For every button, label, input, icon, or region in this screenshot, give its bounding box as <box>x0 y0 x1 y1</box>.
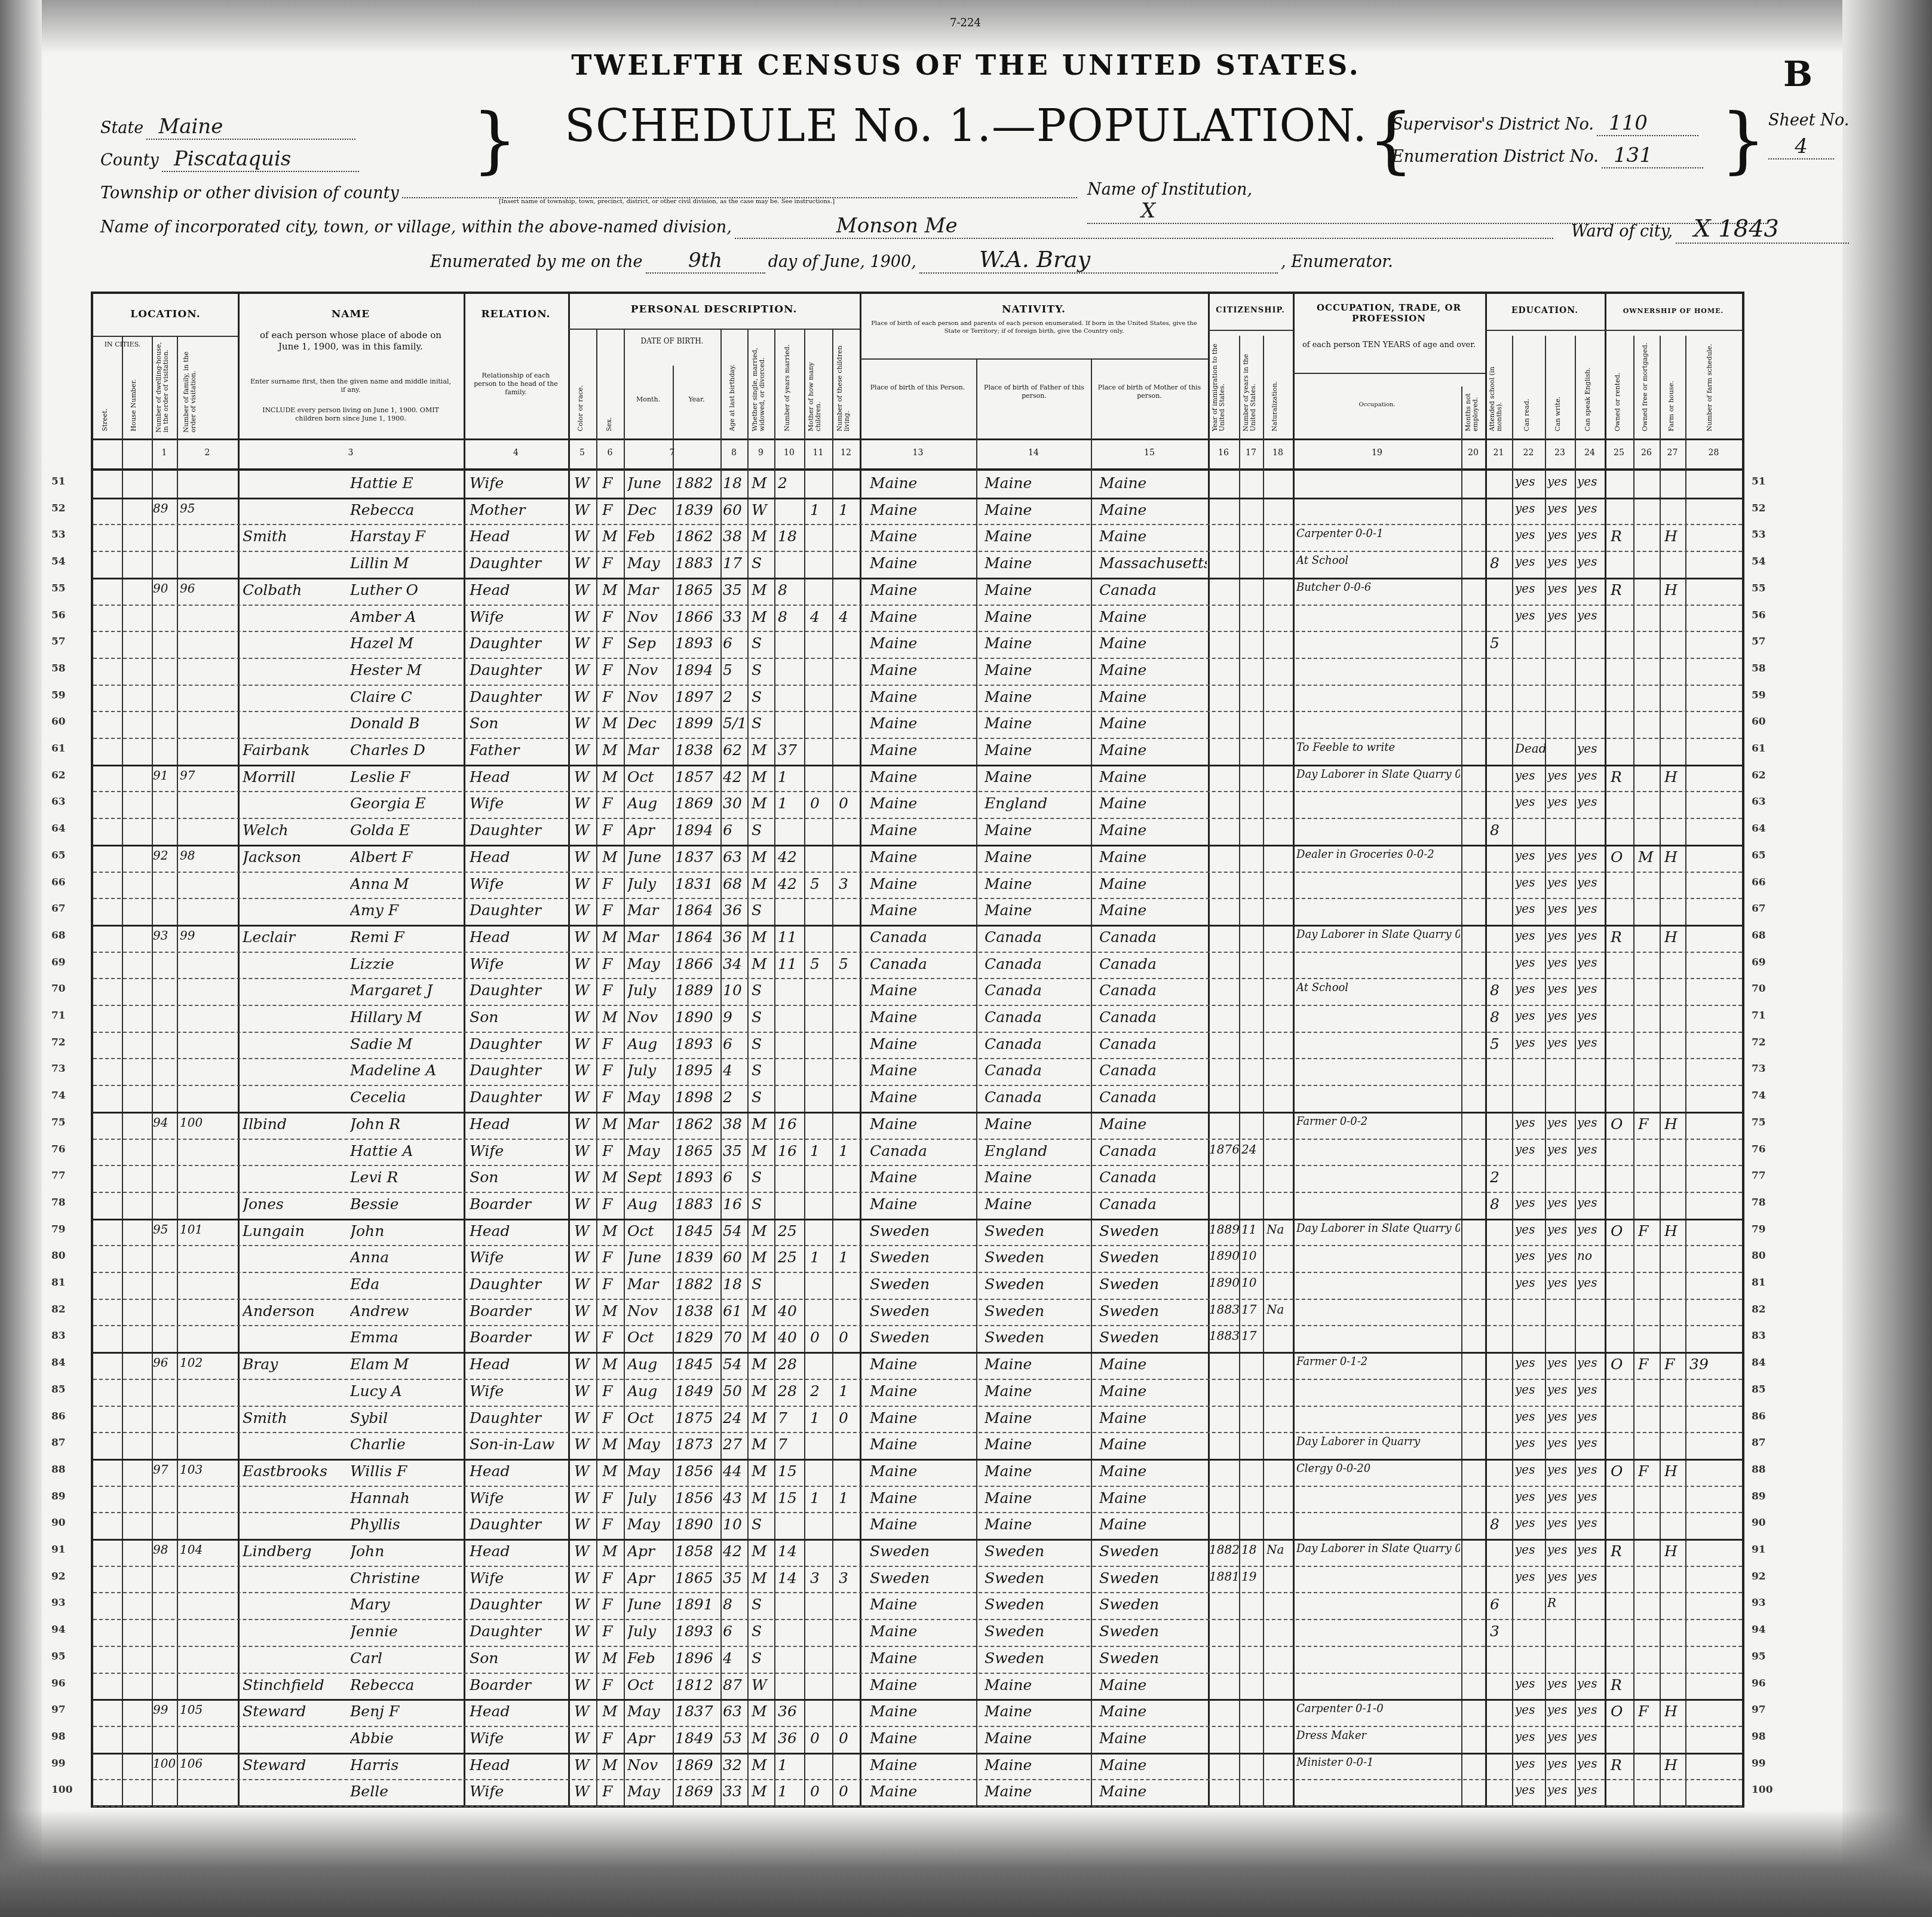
brace-district-close: } <box>1721 105 1766 176</box>
col-num: 17 <box>1239 448 1263 458</box>
line-number-right: 83 <box>1752 1330 1766 1342</box>
sex: M <box>602 848 623 866</box>
birthplace-person: Maine <box>870 474 974 492</box>
col-num: 19 <box>1293 448 1461 458</box>
given-name: Georgia E <box>350 795 461 812</box>
age: 5 <box>723 661 747 679</box>
dwelling-number: 92 <box>153 848 177 863</box>
birthplace-father: Maine <box>985 554 1089 572</box>
line-number-left: 92 <box>51 1571 66 1582</box>
can-speak-english: yes <box>1577 1115 1605 1130</box>
color-race: W <box>574 1703 595 1720</box>
table-row: 55 90 96 Colbath Luther O Head W M Mar 1… <box>93 578 1742 605</box>
header-mother-of: Mother of how many children. <box>808 332 827 431</box>
sex: M <box>602 1462 623 1480</box>
can-read: yes <box>1515 581 1545 596</box>
line-number-left: 60 <box>51 716 66 728</box>
color-race: W <box>574 901 595 919</box>
relation: Boarder <box>470 1302 565 1320</box>
birthplace-mother: Maine <box>1099 875 1207 892</box>
marital-status: M <box>752 955 773 973</box>
line-number-left: 64 <box>51 823 66 835</box>
years-married: 8 <box>778 581 803 599</box>
birth-month: May <box>627 1516 671 1533</box>
birth-year: 1893 <box>675 1035 719 1053</box>
birthplace-person: Maine <box>870 608 974 625</box>
birthplace-person: Sweden <box>870 1302 974 1320</box>
line-number-right: 84 <box>1752 1357 1766 1369</box>
surname: Eastbrooks <box>243 1462 332 1480</box>
color-race: W <box>574 928 595 946</box>
line-number-left: 97 <box>51 1704 66 1716</box>
table-row: 90 Phyllis Daughter W F May 1890 10 S Ma… <box>93 1512 1742 1539</box>
relation: Wife <box>470 1249 565 1266</box>
supervisor-value: 110 <box>1597 111 1698 136</box>
birth-month: June <box>627 1249 671 1266</box>
family-number: 97 <box>180 768 237 783</box>
birthplace-person: Maine <box>870 1462 974 1480</box>
can-read: yes <box>1515 1275 1545 1290</box>
years-married: 36 <box>778 1729 803 1747</box>
birthplace-father: Sweden <box>985 1622 1089 1640</box>
sex: F <box>602 634 623 652</box>
header-sex: Sex. <box>606 401 613 431</box>
sex: F <box>602 1596 623 1613</box>
birth-month: Nov <box>627 1302 671 1320</box>
birth-year: 1890 <box>675 1516 719 1533</box>
birthplace-mother: Maine <box>1099 661 1207 679</box>
header-can-speak-english: Can speak English. <box>1584 348 1591 431</box>
naturalization: Na <box>1266 1542 1292 1557</box>
line-number-left: 65 <box>51 849 66 861</box>
relation: Daughter <box>470 634 565 652</box>
marital-status: M <box>752 474 773 492</box>
age: 30 <box>723 795 747 812</box>
occupation: At School <box>1296 981 1460 994</box>
children-living: 1 <box>839 1249 859 1266</box>
color-race: W <box>574 474 595 492</box>
birth-month: Aug <box>627 1035 671 1053</box>
marital-status: S <box>752 1088 773 1106</box>
county-value: Piscataquis <box>162 147 359 172</box>
birthplace-father: Maine <box>985 1462 1089 1480</box>
farm-or-house: H <box>1664 848 1685 866</box>
sex: M <box>602 928 623 946</box>
occupation: Minister 0-0-1 <box>1296 1756 1460 1769</box>
can-write: yes <box>1547 768 1575 783</box>
line-number-left: 99 <box>51 1757 66 1769</box>
owned-or-rented: O <box>1611 1355 1632 1373</box>
birthplace-mother: Maine <box>1099 1436 1207 1453</box>
can-write: yes <box>1547 1542 1575 1557</box>
given-name: Emma <box>350 1329 461 1346</box>
line-number-right: 64 <box>1752 823 1766 835</box>
age: 27 <box>723 1436 747 1453</box>
can-write: yes <box>1547 1489 1575 1504</box>
age: 6 <box>723 821 747 839</box>
years-married: 15 <box>778 1489 803 1507</box>
supervisor-district-field: Supervisor's District No. 110 <box>1392 111 1698 136</box>
sex: F <box>602 608 623 625</box>
supervisor-label: Supervisor's District No. <box>1392 115 1594 134</box>
relation: Wife <box>470 1142 565 1160</box>
age: 2 <box>723 688 747 706</box>
years-married: 40 <box>778 1302 803 1320</box>
col-num: 25 <box>1605 448 1633 458</box>
birth-year: 1862 <box>675 1115 719 1133</box>
years-married: 1 <box>778 768 803 786</box>
can-read: yes <box>1515 1355 1545 1370</box>
birth-month: Nov <box>627 1756 671 1774</box>
col-num: 20 <box>1461 448 1485 458</box>
children-living: 5 <box>839 955 859 973</box>
age: 54 <box>723 1355 747 1373</box>
occupation: Day Laborer in Slate Quarry 0-0-2 <box>1296 1222 1460 1235</box>
color-race: W <box>574 1008 595 1026</box>
birthplace-person: Maine <box>870 901 974 919</box>
age: 24 <box>723 1409 747 1427</box>
owned-free-mortgaged: M <box>1638 848 1658 866</box>
can-write: yes <box>1547 955 1575 970</box>
can-write: yes <box>1547 1008 1575 1023</box>
year-immigration: 1881 <box>1209 1569 1239 1584</box>
line-number-right: 62 <box>1752 769 1766 781</box>
can-read: yes <box>1515 554 1545 569</box>
mother-of-children: 1 <box>810 501 831 519</box>
table-row: 70 Margaret J Daughter W F July 1889 10 … <box>93 978 1742 1005</box>
color-race: W <box>574 1542 595 1560</box>
mother-of-children: 1 <box>810 1249 831 1266</box>
marital-status: S <box>752 821 773 839</box>
marital-status: M <box>752 1409 773 1427</box>
line-number-right: 67 <box>1752 903 1766 915</box>
birth-month: May <box>627 1703 671 1720</box>
city-label: Name of incorporated city, town, or vill… <box>100 218 732 237</box>
birthplace-person: Sweden <box>870 1542 974 1560</box>
owned-or-rented: R <box>1611 768 1632 786</box>
can-write: yes <box>1547 848 1575 863</box>
marital-status: S <box>752 554 773 572</box>
relation: Daughter <box>470 1275 565 1293</box>
sex: M <box>602 1436 623 1453</box>
owned-free-mortgaged: F <box>1638 1462 1658 1480</box>
age: 6 <box>723 1622 747 1640</box>
header-birth-father: Place of birth of Father of this person. <box>980 384 1088 400</box>
can-speak-english: yes <box>1577 875 1605 890</box>
can-speak-english: yes <box>1577 1462 1605 1477</box>
age: 35 <box>723 1569 747 1587</box>
header-name-note2: INCLUDE every person living on June 1, 1… <box>250 406 452 423</box>
sex: F <box>602 554 623 572</box>
attended-school: 6 <box>1490 1596 1511 1613</box>
birthplace-father: Canada <box>985 981 1089 999</box>
can-write: yes <box>1547 1382 1575 1397</box>
color-race: W <box>574 1355 595 1373</box>
header-in-cities: IN CITIES. <box>93 341 152 349</box>
col-num: 9 <box>747 448 774 458</box>
birth-year: 1875 <box>675 1409 719 1427</box>
table-row: 96 Stinchfield Rebecca Boarder W F Oct 1… <box>93 1673 1742 1700</box>
line-number-left: 82 <box>51 1303 66 1315</box>
years-married: 37 <box>778 741 803 759</box>
given-name: Benj F <box>350 1703 461 1720</box>
birth-year: 1838 <box>675 741 719 759</box>
dwelling-number: 95 <box>153 1222 177 1237</box>
birth-year: 1894 <box>675 821 719 839</box>
line-number-left: 100 <box>51 1784 73 1796</box>
children-living: 3 <box>839 875 859 892</box>
color-race: W <box>574 1035 595 1053</box>
col-num: 6 <box>596 448 624 458</box>
can-speak-english: yes <box>1577 1035 1605 1050</box>
farm-or-house: H <box>1664 1222 1685 1240</box>
family-number: 105 <box>180 1703 237 1717</box>
age: 63 <box>723 1703 747 1720</box>
birthplace-mother: Maine <box>1099 527 1207 545</box>
surname: Morrill <box>243 768 332 786</box>
can-write: R <box>1547 1596 1575 1610</box>
birth-month: May <box>627 1462 671 1480</box>
birthplace-mother: Maine <box>1099 501 1207 519</box>
birthplace-father: Maine <box>985 714 1089 732</box>
can-read: yes <box>1515 1035 1545 1050</box>
line-number-right: 86 <box>1752 1410 1766 1422</box>
birthplace-person: Sweden <box>870 1249 974 1266</box>
birthplace-father: Maine <box>985 1168 1089 1186</box>
given-name: Christine <box>350 1569 461 1587</box>
col-num: 8 <box>720 448 747 458</box>
line-number-right: 57 <box>1752 636 1766 648</box>
can-speak-english: yes <box>1577 1382 1605 1397</box>
birthplace-person: Maine <box>870 1088 974 1106</box>
birth-month: Nov <box>627 661 671 679</box>
mother-of-children: 3 <box>810 1569 831 1587</box>
given-name: Hazel M <box>350 634 461 652</box>
marital-status: M <box>752 875 773 892</box>
sex: F <box>602 1275 623 1293</box>
birthplace-person: Maine <box>870 741 974 759</box>
birth-month: May <box>627 955 671 973</box>
birthplace-father: Maine <box>985 608 1089 625</box>
enumeration-value: 131 <box>1602 143 1703 168</box>
sex: M <box>602 768 623 786</box>
line-number-left: 53 <box>51 529 66 541</box>
relation: Boarder <box>470 1329 565 1346</box>
col-num: 2 <box>177 448 238 458</box>
relation: Daughter <box>470 1035 565 1053</box>
birth-month: Nov <box>627 1008 671 1026</box>
birth-month: June <box>627 848 671 866</box>
given-name: Lillin M <box>350 554 461 572</box>
age: 36 <box>723 901 747 919</box>
age: 33 <box>723 1783 747 1800</box>
owned-free-mortgaged: F <box>1638 1355 1658 1373</box>
age: 60 <box>723 1249 747 1266</box>
scan-shadow-left <box>0 0 42 1917</box>
enumeration-label: Enumeration District No. <box>1392 148 1599 166</box>
line-number-left: 62 <box>51 769 66 781</box>
color-race: W <box>574 1115 595 1133</box>
birth-year: 1896 <box>675 1649 719 1667</box>
birthplace-person: Maine <box>870 1596 974 1613</box>
years-married: 7 <box>778 1409 803 1427</box>
marital-status: S <box>752 688 773 706</box>
marital-status: M <box>752 1355 773 1373</box>
birthplace-person: Maine <box>870 527 974 545</box>
state-field: State Maine <box>100 115 355 140</box>
age: 10 <box>723 1516 747 1533</box>
can-speak-english: yes <box>1577 1489 1605 1504</box>
can-write: yes <box>1547 1462 1575 1477</box>
given-name: Luther O <box>350 581 461 599</box>
marital-status: S <box>752 901 773 919</box>
marital-status: M <box>752 1756 773 1774</box>
birthplace-father: Canada <box>985 955 1089 973</box>
sex: M <box>602 1542 623 1560</box>
birth-year: 1883 <box>675 554 719 572</box>
township-note: [Insert name of township, town, precinct… <box>499 198 835 205</box>
birthplace-person: Maine <box>870 1355 974 1373</box>
table-row: 60 Donald B Son W M Dec 1899 5/12 S Main… <box>93 711 1742 738</box>
birthplace-mother: Maine <box>1099 634 1207 652</box>
table-row: 93 Mary Daughter W F June 1891 8 S Maine… <box>93 1592 1742 1619</box>
birthplace-person: Maine <box>870 875 974 892</box>
mother-of-children: 2 <box>810 1382 831 1400</box>
sex: M <box>602 527 623 545</box>
header-personal-description: PERSONAL DESCRIPTION. <box>568 303 860 315</box>
given-name: Hester M <box>350 661 461 679</box>
line-number-left: 54 <box>51 556 66 568</box>
birth-month: May <box>627 1142 671 1160</box>
can-speak-english: yes <box>1577 955 1605 970</box>
birthplace-person: Maine <box>870 581 974 599</box>
line-number-left: 87 <box>51 1437 66 1449</box>
surname: Ilbind <box>243 1115 332 1133</box>
line-number-right: 54 <box>1752 556 1766 568</box>
age: 42 <box>723 768 747 786</box>
birthplace-mother: Maine <box>1099 1783 1207 1800</box>
table-row: 73 Madeline A Daughter W F July 1895 4 S… <box>93 1058 1742 1085</box>
marital-status: S <box>752 634 773 652</box>
col-num: 5 <box>568 448 596 458</box>
marital-status: M <box>752 1382 773 1400</box>
birth-month: July <box>627 1489 671 1507</box>
years-in-us: 11 <box>1241 1222 1263 1237</box>
family-number: 104 <box>180 1542 237 1557</box>
birthplace-mother: Sweden <box>1099 1542 1207 1560</box>
relation: Head <box>470 1355 565 1373</box>
city-field: Name of incorporated city, town, or vill… <box>100 214 1553 239</box>
color-race: W <box>574 688 595 706</box>
line-number-right: 88 <box>1752 1464 1766 1476</box>
owned-free-mortgaged: F <box>1638 1703 1658 1720</box>
given-name: Amy F <box>350 901 461 919</box>
dwelling-number: 100 <box>153 1756 177 1771</box>
col-num: 4 <box>464 448 568 458</box>
age: 32 <box>723 1756 747 1774</box>
relation: Wife <box>470 1382 565 1400</box>
birth-year: 1894 <box>675 661 719 679</box>
birth-year: 1837 <box>675 848 719 866</box>
birth-month: Oct <box>627 768 671 786</box>
line-number-right: 82 <box>1752 1303 1766 1315</box>
state-value: Maine <box>146 115 355 140</box>
line-number-left: 78 <box>51 1197 66 1209</box>
header-citizenship: CITIZENSHIP. <box>1208 306 1293 315</box>
birthplace-mother: Maine <box>1099 741 1207 759</box>
table-row: 75 94 100 Ilbind John R Head W M Mar 186… <box>93 1112 1742 1139</box>
can-read: yes <box>1515 1142 1545 1157</box>
sex: F <box>602 1783 623 1800</box>
sex: M <box>602 1703 623 1720</box>
birth-year: 1838 <box>675 1302 719 1320</box>
can-speak-english: yes <box>1577 1569 1605 1584</box>
line-number-left: 72 <box>51 1036 66 1048</box>
scan-shadow-right <box>1842 0 1932 1917</box>
years-in-us: 17 <box>1241 1329 1263 1343</box>
color-race: W <box>574 1756 595 1774</box>
mother-of-children: 1 <box>810 1409 831 1427</box>
marital-status: S <box>752 1622 773 1640</box>
relation: Wife <box>470 608 565 625</box>
col-num: 13 <box>860 448 976 458</box>
sex: F <box>602 795 623 812</box>
line-number-right: 63 <box>1752 796 1766 808</box>
birthplace-mother: Sweden <box>1099 1275 1207 1293</box>
birthplace-father: Sweden <box>985 1649 1089 1667</box>
birthplace-person: Maine <box>870 981 974 999</box>
given-name: John <box>350 1542 461 1560</box>
enumerated-suffix: day of June, 1900, <box>768 253 916 271</box>
col-num: 14 <box>976 448 1091 458</box>
marital-status: S <box>752 1195 773 1213</box>
birth-month: Sep <box>627 634 671 652</box>
birthplace-father: Maine <box>985 1115 1089 1133</box>
color-race: W <box>574 1436 595 1453</box>
birthplace-father: Maine <box>985 1382 1089 1400</box>
state-label: State <box>100 119 143 137</box>
can-write: yes <box>1547 928 1575 943</box>
farm-or-house: H <box>1664 1756 1685 1774</box>
can-read: yes <box>1515 928 1545 943</box>
birth-month: Aug <box>627 1382 671 1400</box>
color-race: W <box>574 1142 595 1160</box>
age: 35 <box>723 1142 747 1160</box>
sex: F <box>602 1622 623 1640</box>
given-name: Harstay F <box>350 527 461 545</box>
color-race: W <box>574 1729 595 1747</box>
age: 68 <box>723 875 747 892</box>
farm-or-house: H <box>1664 581 1685 599</box>
header-date-of-birth: DATE OF BIRTH. <box>624 337 720 346</box>
sex: F <box>602 955 623 973</box>
farm-or-house: F <box>1664 1355 1685 1373</box>
dwelling-number: 97 <box>153 1462 177 1477</box>
line-number-right: 65 <box>1752 849 1766 861</box>
birth-month: July <box>627 1062 671 1079</box>
relation: Daughter <box>470 1409 565 1427</box>
color-race: W <box>574 1783 595 1800</box>
can-speak-english: yes <box>1577 928 1605 943</box>
age: 63 <box>723 848 747 866</box>
header-months-not-employed: Months not employed. <box>1465 378 1483 431</box>
can-speak-english: yes <box>1577 795 1605 809</box>
occupation: To Feeble to write <box>1296 741 1460 754</box>
sex: M <box>602 1168 623 1186</box>
birthplace-father: Maine <box>985 1783 1089 1800</box>
birth-year: 1890 <box>675 1008 719 1026</box>
year-immigration: 1883 <box>1209 1302 1239 1317</box>
